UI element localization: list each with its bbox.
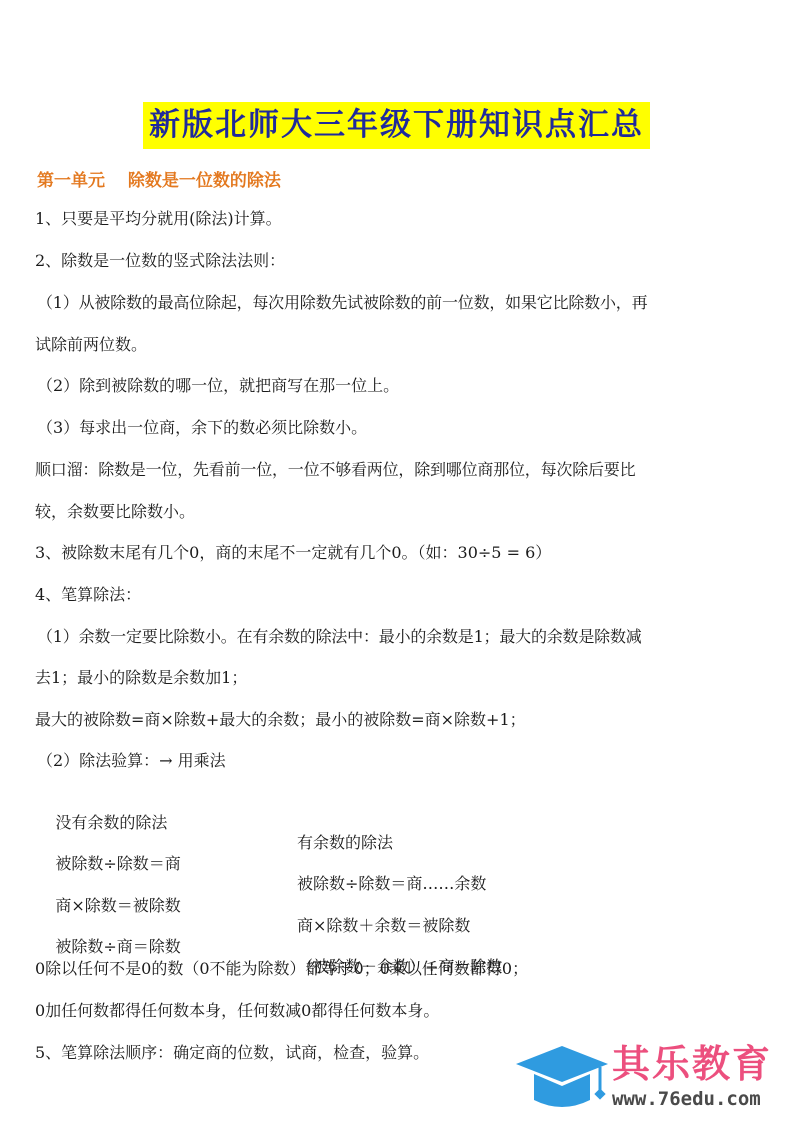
text-line: （3）每求出一位商，余下的数必须比除数小。 xyxy=(37,418,367,438)
text-line: 去1；最小的除数是余数加1； xyxy=(35,668,247,688)
text-line: 顺口溜：除数是一位，先看前一位，一位不够看两位，除到哪位商那位，每次除后要比 xyxy=(35,460,635,480)
text-line: （2）除到被除数的哪一位，就把商写在那一位上。 xyxy=(37,376,399,396)
text-line: 3、被除数末尾有几个0，商的末尾不一定就有几个0。（如：30÷5 = 6） xyxy=(35,543,551,563)
table-header-with-remainder: 有余数的除法 xyxy=(297,833,393,853)
document-title: 新版北师大三年级下册知识点汇总 xyxy=(143,102,650,149)
text-line: （1）余数一定要比除数小。在有余数的除法中：最小的余数是1；最大的余数是除数减 xyxy=(37,627,642,647)
table-cell: 被除数÷除数＝商……余数 xyxy=(297,874,486,894)
brand-name: 其乐教育 xyxy=(612,1042,772,1086)
text-line: 0除以任何不是0的数（0不能为除数）都等于0；0乘以任何数都得0； xyxy=(35,959,528,979)
text-line: 最大的被除数=商×除数+最大的余数；最小的被除数=商×除数+1； xyxy=(35,710,526,730)
text-line: 2、除数是一位数的竖式除法法则： xyxy=(35,251,285,271)
brand-url: www.76edu.com xyxy=(612,1088,761,1110)
table-cell: 商×除数＋余数＝被除数 xyxy=(297,916,470,936)
text-line: 4、笔算除法： xyxy=(35,585,141,605)
text-line: 5、笔算除法顺序：确定商的位数，试商，检查，验算。 xyxy=(35,1043,429,1063)
text-line: 较，余数要比除数小。 xyxy=(35,502,195,522)
table-row: 被除数÷商＝除数 （被除数－余数）÷商＝除数 xyxy=(35,917,181,997)
graduation-cap-icon xyxy=(512,1042,612,1114)
title-container: 新版北师大三年级下册知识点汇总 xyxy=(0,102,793,149)
text-line: 1、只要是平均分就用(除法)计算。 xyxy=(35,209,282,229)
text-line: （2）除法验算：→ 用乘法 xyxy=(37,751,226,771)
section-heading: 第一单元 除数是一位数的除法 xyxy=(37,166,281,191)
brand-logo: 其乐教育 www.76edu.com xyxy=(512,1042,787,1114)
table-cell: 被除数÷商＝除数 xyxy=(55,937,180,956)
table-header-no-remainder: 没有余数的除法 xyxy=(55,813,167,832)
table-cell: 被除数÷除数＝商 xyxy=(55,854,180,873)
text-line: 0加任何数都得任何数本身，任何数减0都得任何数本身。 xyxy=(35,1001,439,1021)
table-cell: 商×除数＝被除数 xyxy=(55,896,180,915)
text-line: 试除前两位数。 xyxy=(35,335,147,355)
text-line: （1）从被除数的最高位除起，每次用除数先试被除数的前一位数，如果它比除数小，再 xyxy=(37,293,647,313)
